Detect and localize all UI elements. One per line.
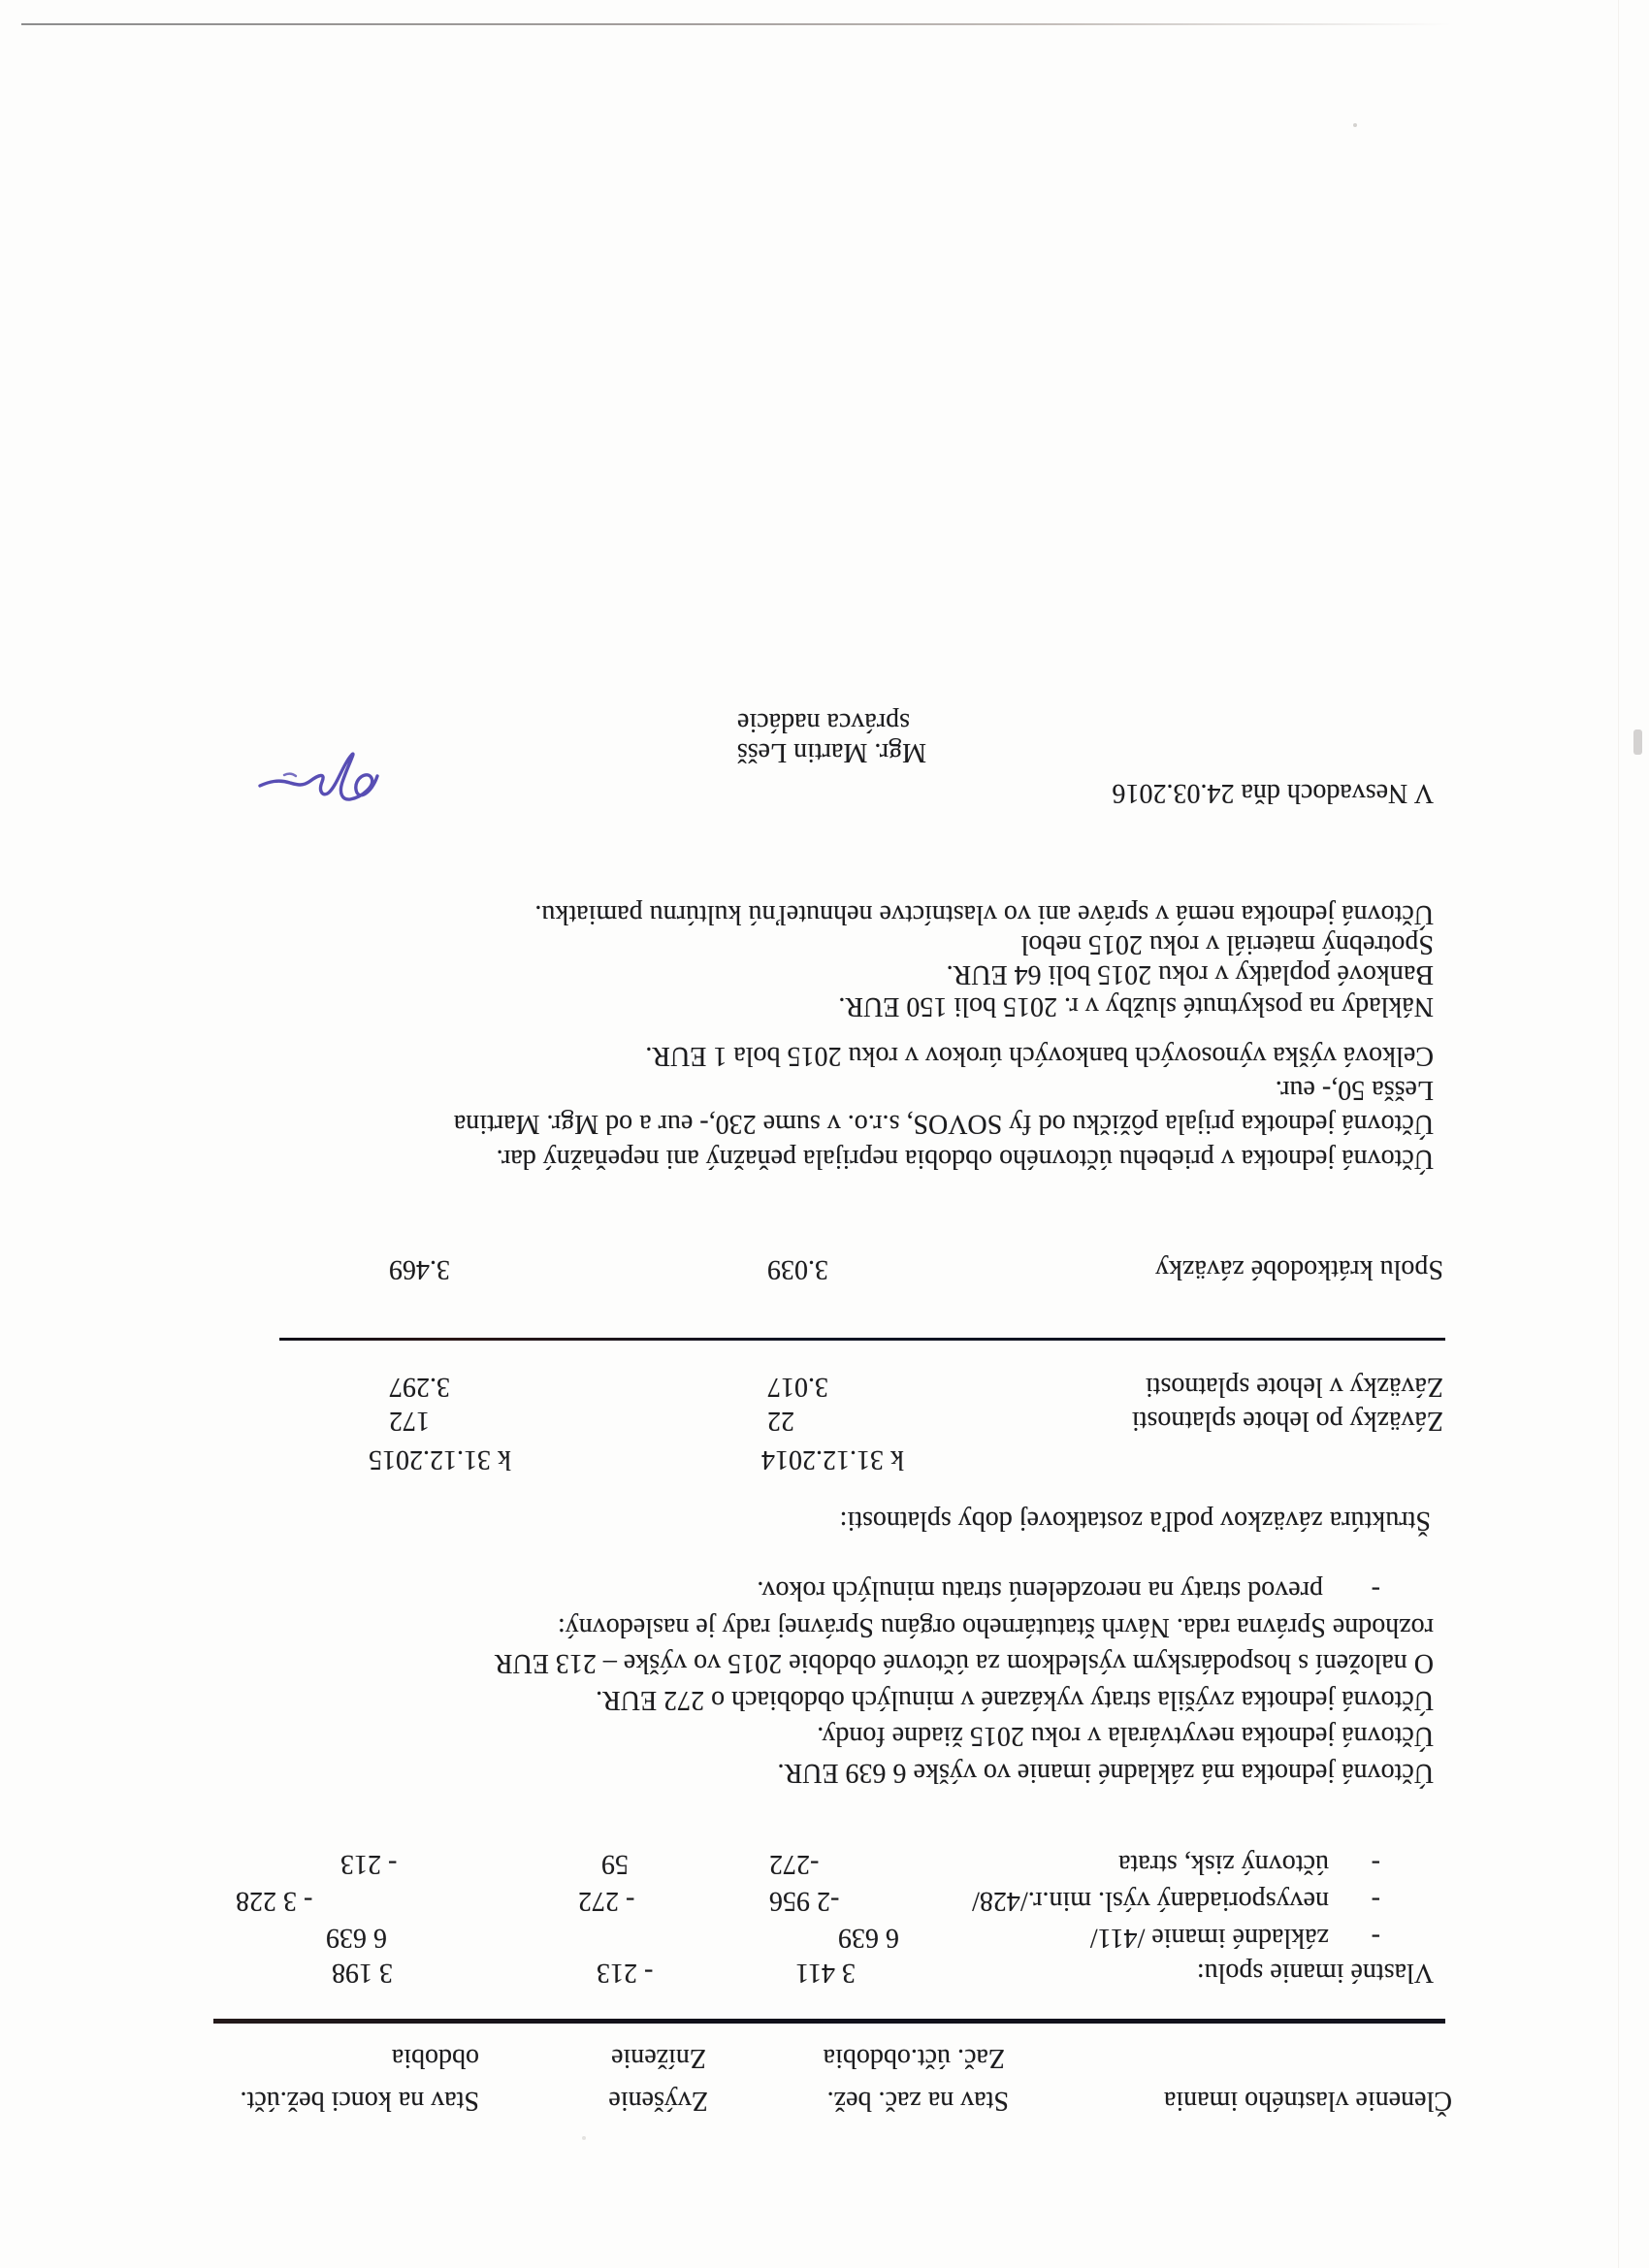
liabilities-total-2015: 3.469 xyxy=(389,1253,680,1285)
equity-row-label: účtovný zisk, strata xyxy=(1118,1848,1329,1880)
equity-col1-header-line1: Stav na zač. bež. xyxy=(827,2085,1009,2117)
equity-col2-header-line2: Zníženie xyxy=(611,2042,706,2074)
liabilities-row-value-2014: 3.017 xyxy=(767,1371,1058,1403)
paragraph-line: Účtovná jednotka má základné imanie vo v… xyxy=(778,1757,1434,1789)
equity-row-value-change: 59 xyxy=(601,1848,892,1880)
liabilities-total-label: Spolu krátkodobé záväzky xyxy=(1155,1253,1443,1285)
equity-row-label: Vlastné imanie spolu: xyxy=(1197,1957,1434,1989)
liabilities-row-label: Záväzky po lehote splatnosti xyxy=(1132,1405,1443,1437)
liabilities-row-label: Záväzky v lehote splatnosti xyxy=(1146,1371,1443,1403)
equity-row-value-end: - 213 xyxy=(340,1848,631,1880)
signature-ink-icon xyxy=(252,739,393,815)
paragraph-line: Lešša 50,- eur. xyxy=(1276,1074,1434,1106)
bullet-dash: - xyxy=(1372,1574,1380,1606)
liabilities-col-header-2015: k 31.12.2015 xyxy=(369,1443,660,1475)
equity-col1-header-line2: Zač. účt.obdobia xyxy=(824,2042,1005,2074)
paragraph-line: Účtovná jednotka nemá v správe ani vo vl… xyxy=(534,898,1434,930)
liabilities-sum-rule xyxy=(279,1338,1445,1341)
liabilities-row-value-2015: 3.297 xyxy=(389,1371,680,1403)
liabilities-row-value-2015: 172 xyxy=(389,1405,680,1437)
paragraph-line: Účtovná jednotka v priebehu účtovného ob… xyxy=(497,1143,1434,1175)
document-content-rotated-180: Členenie vlastného imania Stav na zač. b… xyxy=(0,0,1649,2268)
paragraph-line: Náklady na poskytnuté služby v r. 2015 b… xyxy=(838,990,1434,1022)
paragraph-line: Bankové poplatky v roku 2015 boli 64 EUR… xyxy=(947,958,1434,990)
equity-row-value-end: 3 198 xyxy=(332,1957,623,1989)
paragraph-line: Účtovná jednotka nevytvárala v roku 2015… xyxy=(817,1720,1434,1752)
equity-col3-header-line1: Stav na konci bež.účt. xyxy=(241,2085,479,2117)
equity-col3-header-line2: obdobia xyxy=(392,2042,479,2074)
equity-row-value-change: - 272 xyxy=(578,1885,869,1917)
equity-row-value-end: - 3 228 xyxy=(236,1885,527,1917)
equity-row-value-change: - 213 xyxy=(597,1957,888,1989)
liabilities-col-header-2014: k 31.12.2014 xyxy=(761,1443,1052,1475)
paragraph-line: Celková výška výnosových bankových úroko… xyxy=(645,1040,1434,1072)
equity-col2-header-line1: Zvýšenie xyxy=(608,2085,708,2117)
bullet-dash: - xyxy=(1372,1922,1380,1954)
bullet-dash: - xyxy=(1372,1885,1380,1917)
section-title: Štruktúra záväzkov podľa zostatkovej dob… xyxy=(840,1505,1431,1537)
scanned-page: { "table_equity": { "header": { "col_lab… xyxy=(0,0,1649,2268)
date-place-line: V Nesvadoch dňa 24.03.2016 xyxy=(1112,777,1434,809)
equity-table-header-label: Členenie vlastného imania xyxy=(1164,2085,1452,2117)
signer-role: správca nadácie xyxy=(737,706,910,738)
bullet-dash: - xyxy=(1372,1848,1380,1880)
paragraph-line: Účtovná jednotka zvýšila straty vykázané… xyxy=(596,1684,1434,1716)
signer-name: Mgr. Martin Lešš xyxy=(737,736,926,768)
bullet-line: prevod straty na nerozdelenú stratu minu… xyxy=(757,1574,1323,1606)
equity-row-value-start: 6 639 xyxy=(838,1922,1129,1954)
equity-table-rule xyxy=(213,2019,1445,2024)
paragraph-line: Účtovná jednotka prijala pôžičku od fy S… xyxy=(454,1108,1434,1140)
paragraph-line: Spotrebný materiál v roku 2015 nebol xyxy=(1021,928,1434,960)
liabilities-row-value-2014: 22 xyxy=(767,1405,1058,1437)
equity-row-value-end: 6 639 xyxy=(326,1922,617,1954)
paragraph-line: O naložení s hospodárskym výsledkom za ú… xyxy=(495,1647,1434,1679)
paragraph-line: rozhodne Správna rada. Návrh štatutárneh… xyxy=(558,1611,1434,1643)
liabilities-total-2014: 3.039 xyxy=(767,1253,1058,1285)
